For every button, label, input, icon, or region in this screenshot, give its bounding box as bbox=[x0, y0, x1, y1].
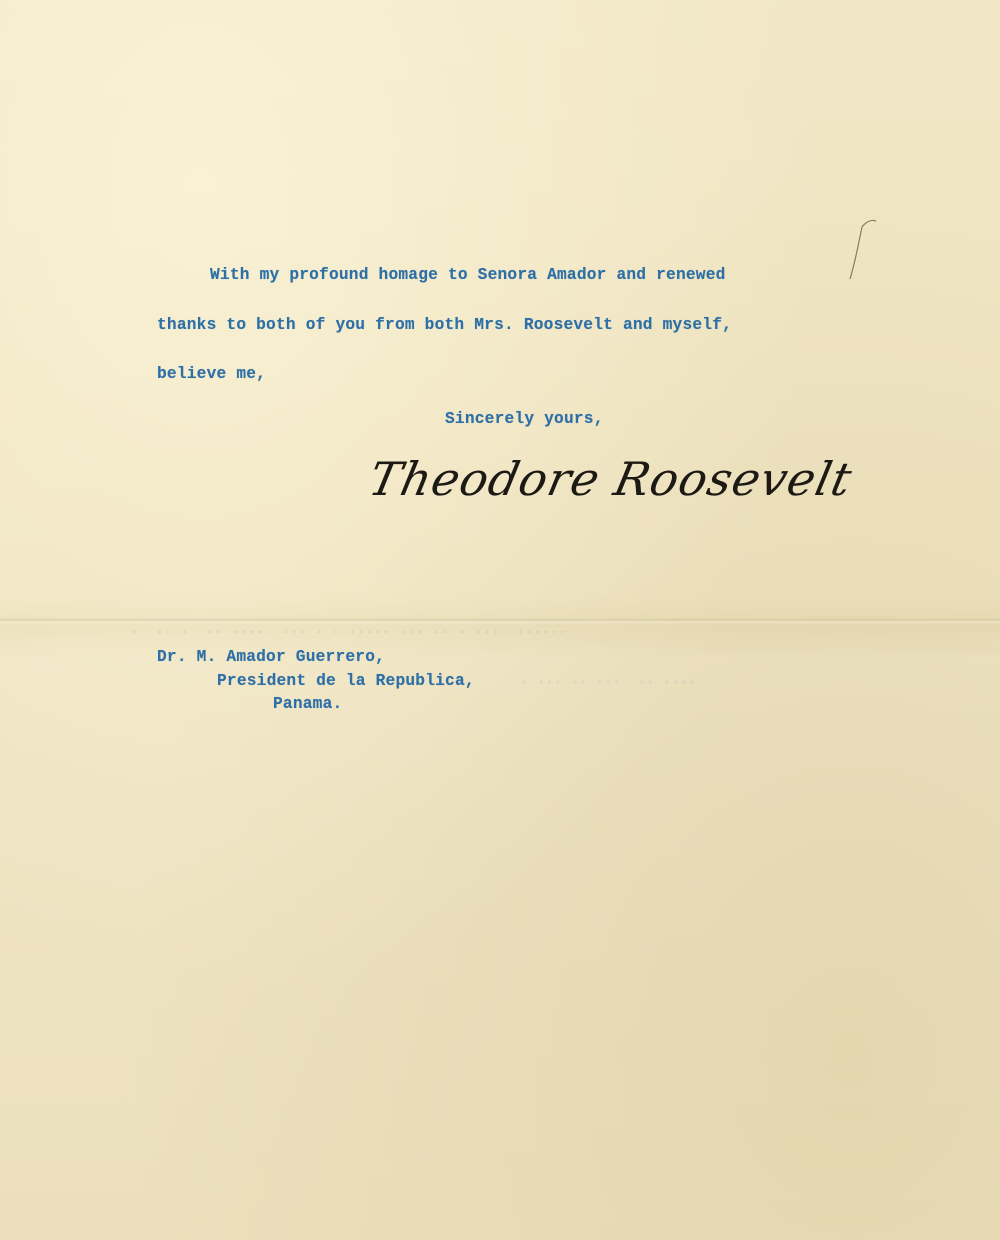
closing-line: Sincerely yours, bbox=[445, 410, 604, 428]
recipient-title: President de la Republica, bbox=[217, 672, 475, 690]
letter-body-line-2: thanks to both of you from both Mrs. Roo… bbox=[157, 316, 732, 334]
letter-page: With my profound homage to Senora Amador… bbox=[0, 0, 1000, 1240]
letter-body-line-3: believe me, bbox=[157, 365, 266, 383]
recipient-location: Panama. bbox=[273, 695, 342, 713]
recipient-name: Dr. M. Amador Guerrero, bbox=[157, 648, 385, 666]
offset-ghost-text-2: . ... .. ... .. .... bbox=[520, 672, 696, 688]
letter-body-line-1: With my profound homage to Senora Amador… bbox=[210, 266, 726, 284]
signature: Theodore Roosevelt bbox=[364, 452, 857, 506]
offset-ghost-text: . .. . .. .... ... . . ..... ... .. . ..… bbox=[130, 622, 567, 638]
pencil-mark bbox=[840, 215, 880, 285]
